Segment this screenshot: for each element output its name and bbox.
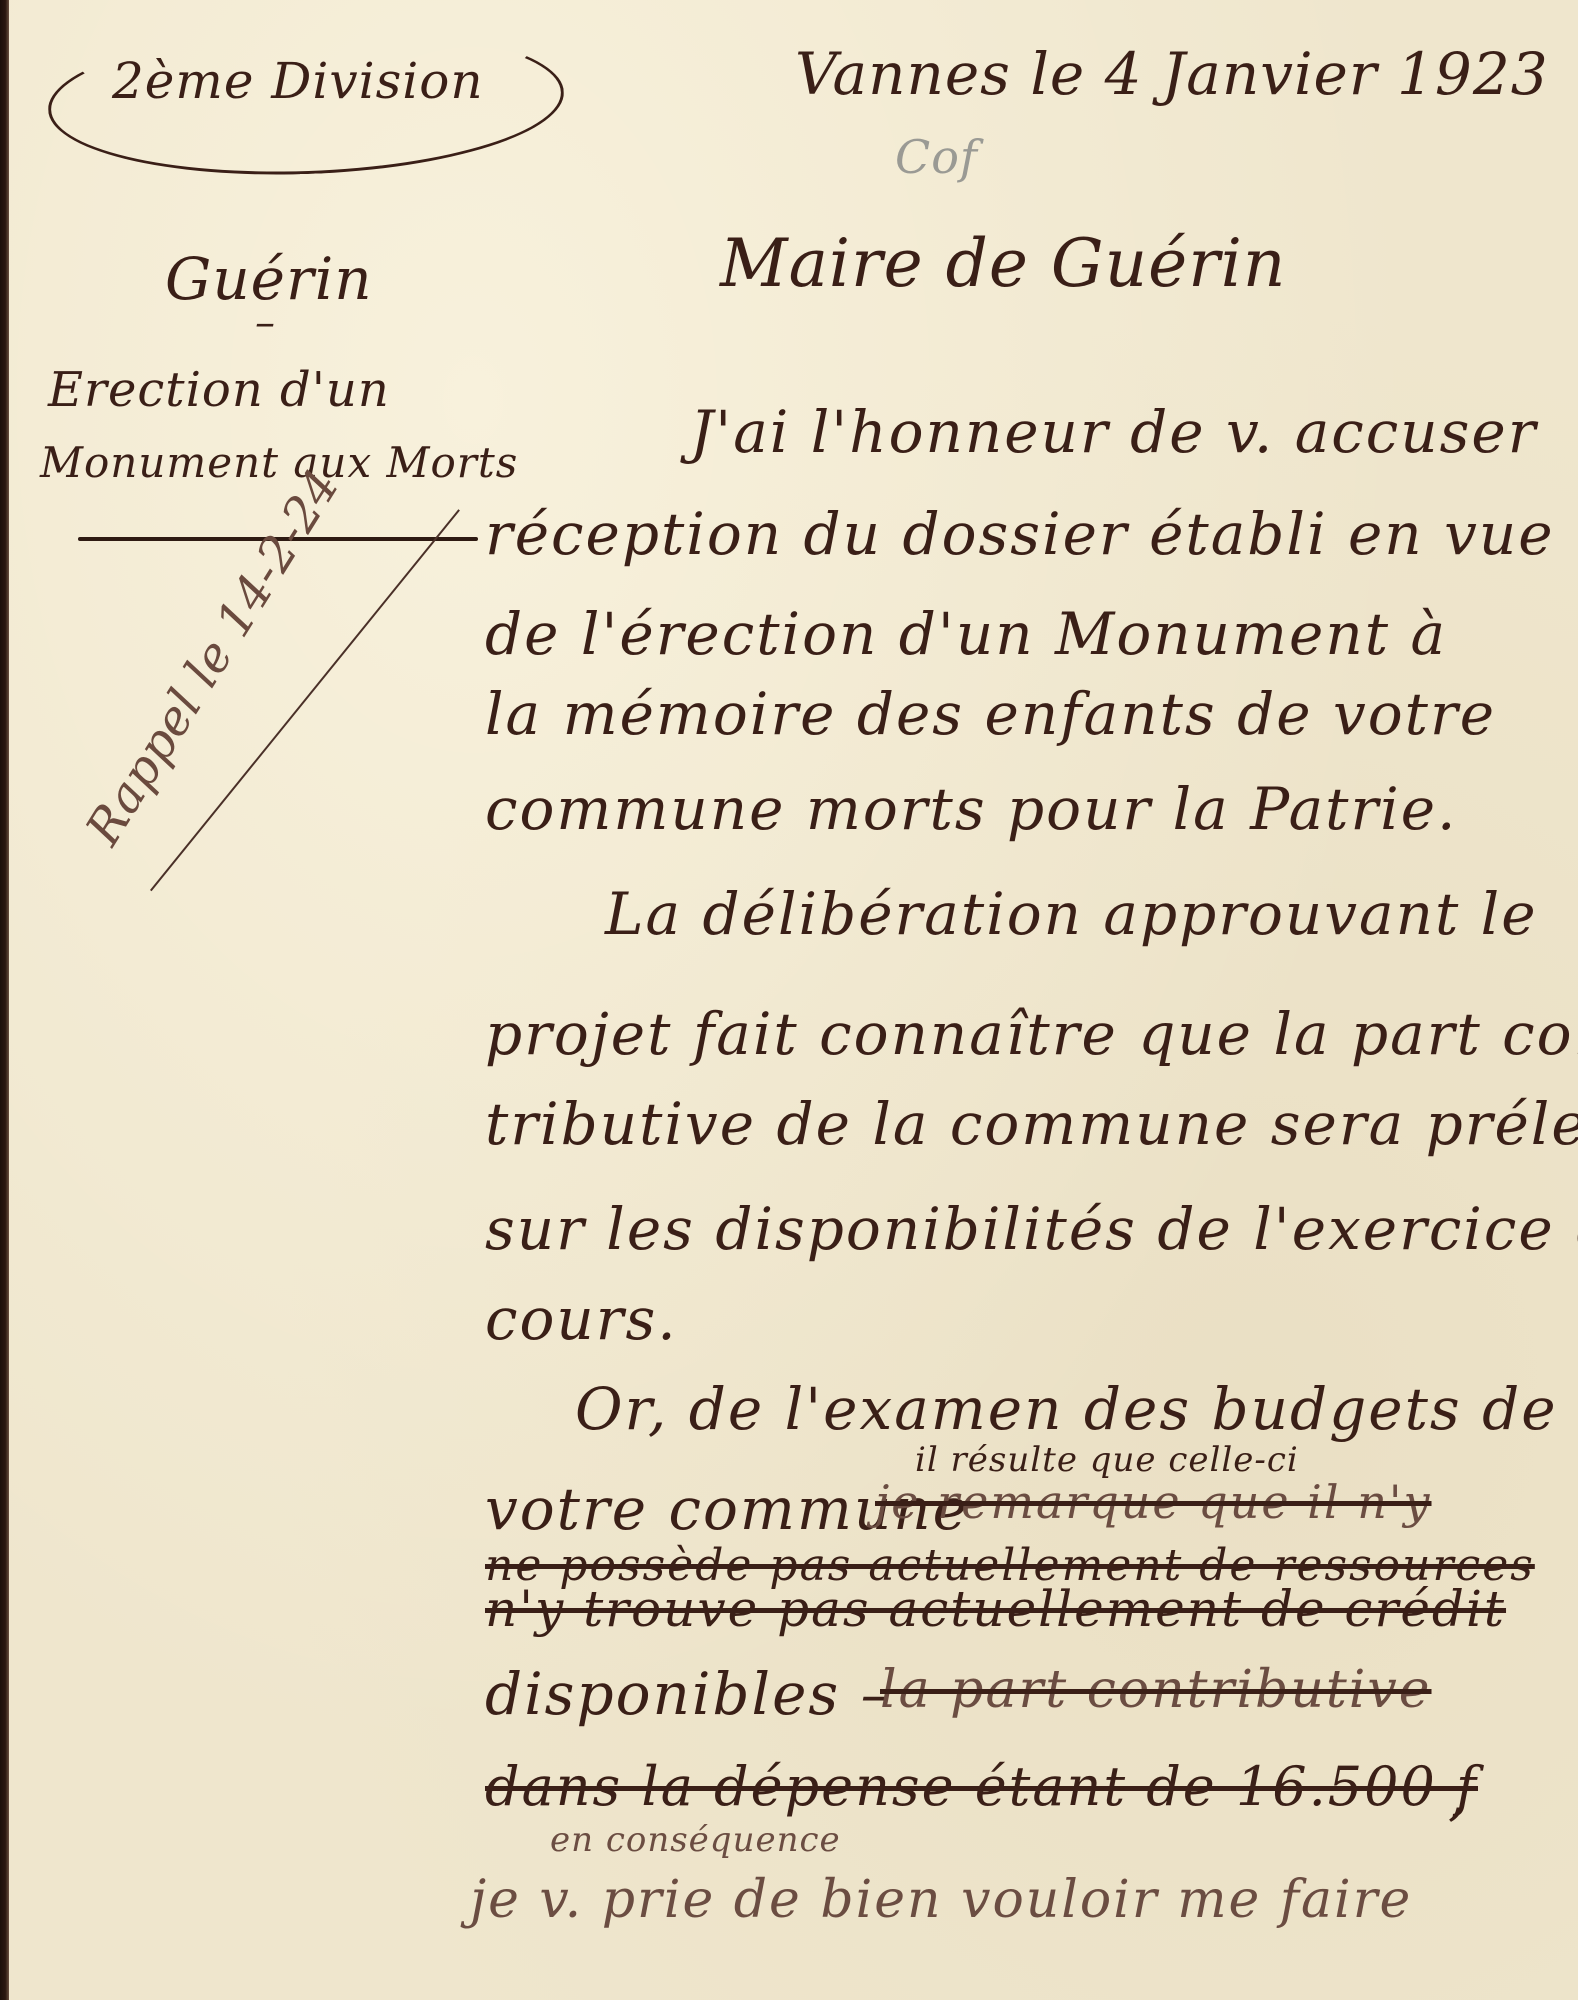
- body-line: cours.: [485, 1285, 678, 1353]
- body-line: projet fait connaître que la part con-: [485, 1000, 1578, 1068]
- body-line: réception du dossier établi en vue: [485, 500, 1555, 568]
- body-line: sur les disponibilités de l'exercice en: [485, 1195, 1578, 1263]
- addressee: Maire de Guérin: [720, 225, 1286, 302]
- body-line: tributive de la commune sera prélevée: [485, 1090, 1578, 1158]
- body-line: Or, de l'examen des budgets de: [575, 1375, 1558, 1443]
- margin-subject-line2: Monument aux Morts: [40, 438, 518, 487]
- body-line: La délibération approuvant le: [605, 880, 1538, 948]
- revision-line1-struck: je remarque que il n'y: [875, 1475, 1432, 1529]
- body-line: de l'érection d'un Monument à: [485, 600, 1447, 668]
- rappel-note: Rappel le 14-2-24: [75, 460, 351, 855]
- revision-line5-struck: dans la dépense étant de 16.500 f: [485, 1755, 1478, 1818]
- pencil-mark: Cof: [895, 130, 978, 184]
- body-line: commune morts pour la Patrie.: [485, 775, 1458, 843]
- margin-dash: –: [255, 300, 276, 346]
- margin-subject-line1: Erection d'un: [48, 362, 390, 418]
- revision-line4-kept: disponibles –: [485, 1660, 892, 1728]
- division-label: 2ème Division: [112, 52, 484, 110]
- revision-line3-struck: n'y trouve pas actuellement de crédit: [485, 1580, 1506, 1638]
- body-line: la mémoire des enfants de votre: [485, 680, 1496, 748]
- revision-line5-comma: ,: [1448, 1760, 1468, 1828]
- insertion-above: il résulte que celle-ci: [915, 1440, 1299, 1480]
- body-line: J'ai l'honneur de v. accuser: [690, 398, 1537, 466]
- insertion-below: en conséquence: [550, 1820, 841, 1860]
- revision-line6: je v. prie de bien vouloir me faire: [470, 1870, 1412, 1930]
- place-date: Vannes le 4 Janvier 1923: [795, 40, 1549, 108]
- scan-edge-shadow: [0, 0, 9, 2000]
- revision-line4-struck: la part contributive: [880, 1660, 1432, 1720]
